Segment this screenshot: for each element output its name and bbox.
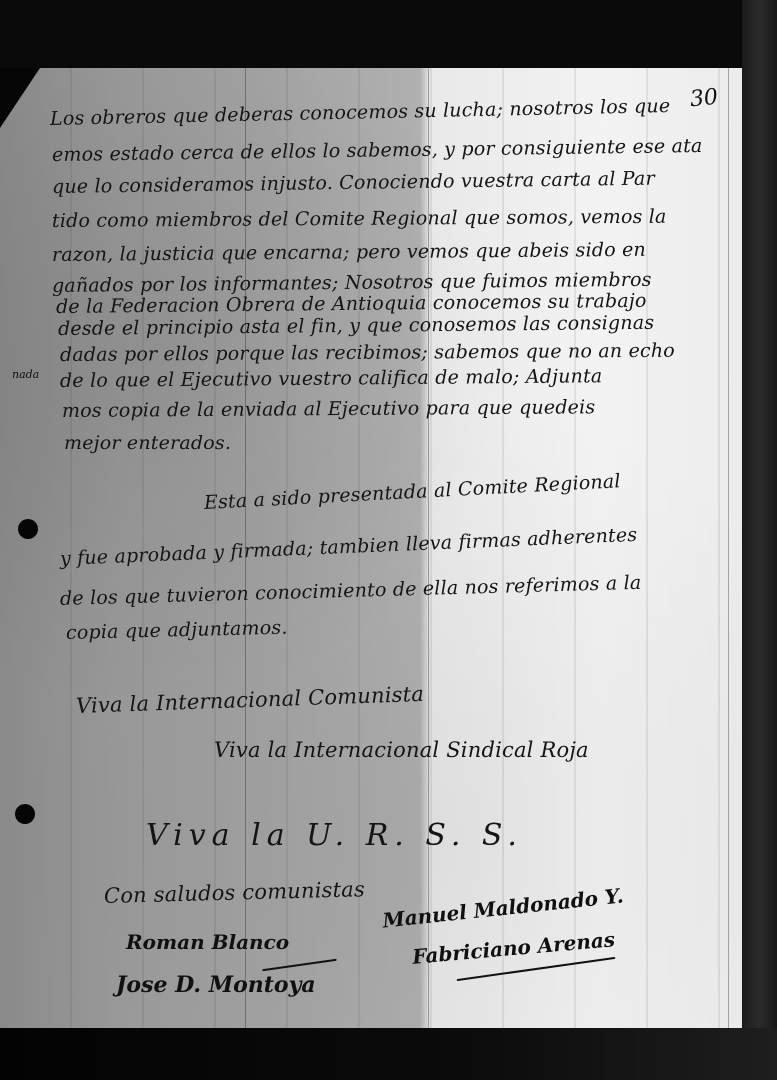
punch-hole-icon — [15, 804, 35, 824]
margin-note: nada — [12, 368, 39, 381]
scanner-bed-shadow — [0, 1028, 777, 1080]
page-number: 30 — [689, 85, 719, 113]
text-line: dadas por ellos porque las recibimos; sa… — [60, 340, 675, 366]
punch-hole-icon — [18, 519, 38, 539]
text-line: mejor enterados. — [64, 432, 231, 454]
paper-crease — [728, 68, 729, 1028]
text-line: mos copia de la enviada al Ejecutivo par… — [62, 396, 595, 422]
signature: Jose D. Montoya — [116, 972, 316, 998]
folded-corner — [0, 68, 40, 128]
slogan-line: Viva la Internacional Sindical Roja — [214, 738, 589, 762]
text-line: tido como miembros del Comite Regional q… — [52, 206, 667, 232]
slogan-line: Viva la U. R. S. S. — [146, 818, 523, 853]
signature: Roman Blanco — [126, 930, 289, 954]
